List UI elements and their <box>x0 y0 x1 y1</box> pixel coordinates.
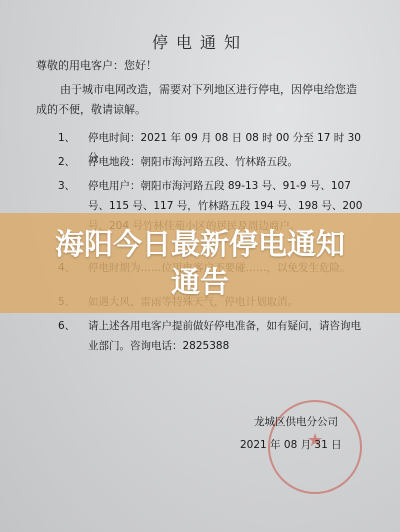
title-overlay-band: 海阳今日最新停电通知通告 <box>0 213 400 313</box>
signature-organization: 龙城区供电分公司 <box>254 414 338 429</box>
item-number: 2、 <box>58 152 75 172</box>
item-text: 停电地段：朝阳市海河路五段、竹林路五段。 <box>88 152 368 172</box>
notice-item: 2、 停电地段：朝阳市海河路五段、竹林路五段。 <box>58 152 368 172</box>
item-number: 1、 <box>58 128 75 148</box>
item-number: 6、 <box>58 316 75 336</box>
item-text: 请上述各用电客户提前做好停电准备，如有疑问，请咨询电业部门。咨询电话：28253… <box>88 316 368 356</box>
item-number: 3、 <box>58 176 75 196</box>
notice-item: 6、 请上述各用电客户提前做好停电准备，如有疑问，请咨询电业部门。咨询电话：28… <box>58 316 368 356</box>
greeting: 尊敬的用电客户：您好！ <box>36 57 157 73</box>
intro-paragraph: 由于城市电网改造，需要对下列地区进行停电，因停电给您造成的不便，敬请谅解。 <box>36 80 366 120</box>
document-title: 停电通知 <box>0 30 400 53</box>
notice-photo: 停电通知 尊敬的用电客户：您好！ 由于城市电网改造，需要对下列地区进行停电，因停… <box>0 0 400 532</box>
overlay-title: 海阳今日最新停电通知通告 <box>45 225 355 301</box>
signature-date: 2021 年 08 月 31 日 <box>240 437 342 452</box>
